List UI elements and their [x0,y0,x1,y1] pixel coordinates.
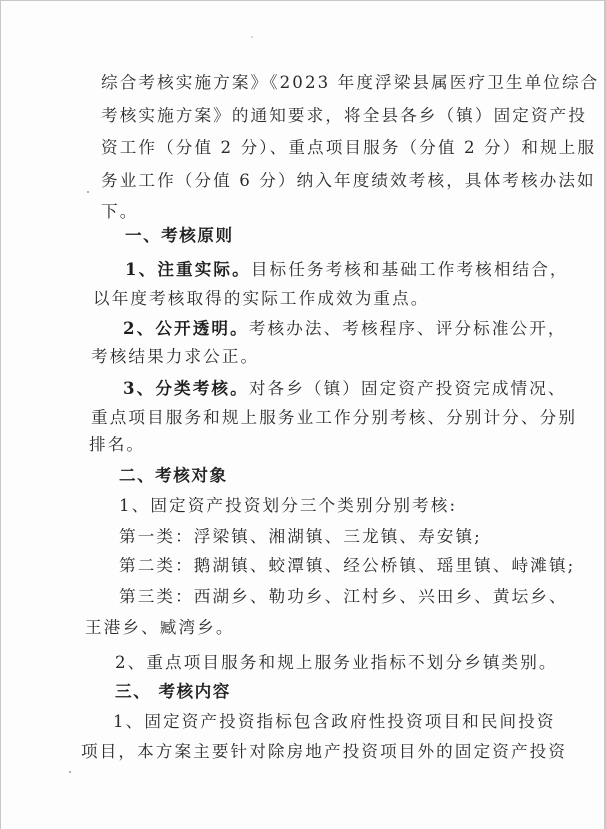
intro-line-3: 资工作（分值 2 分）、重点项目服务（分值 2 分）和规上服 [101,138,596,158]
content-item-1: 1、固定资产投资指标包含政府性投资项目和民间投资 [113,712,556,732]
intro-line-1: 综合考核实施方案》《2023 年度浮梁县属医疗卫生单位综合 [101,73,599,93]
targets-class-2: 第二类：鹅湖镇、蛟潭镇、经公桥镇、瑶里镇、峙滩镇; [119,556,575,576]
targets-class-3: 第三类：西湖乡、勒功乡、江村乡、兴田乡、黄坛乡、 [119,587,568,607]
principle-2-continuation: 考核结果力求公正。 [91,347,259,367]
principle-2-lead: 2、公开透明。 [123,318,249,338]
principle-2-text: 考核办法、考核程序、评分标准公开， [249,319,567,338]
principle-1-continuation: 以年度考核取得的实际工作成效为重点。 [93,289,430,309]
principle-1-text: 目标任务考核和基础工作考核相结合， [251,260,569,279]
principle-item-3: 3、分类考核。对各乡（镇）固定资产投资完成情况、 [123,378,567,399]
scan-speck [87,191,89,193]
scan-speck [69,771,71,773]
intro-line-4: 务业工作（分值 6 分）纳入年度绩效考核，具体考核办法如 [101,171,596,191]
principle-1-lead: 1、注重实际。 [125,259,251,279]
intro-line-2: 考核实施方案》的通知要求，将全县各乡（镇）固定资产投 [101,106,587,126]
targets-item-1: 1、固定资产投资划分三个类别分别考核: [119,496,457,516]
principle-item-1: 1、注重实际。目标任务考核和基础工作考核相结合， [125,259,569,280]
scan-speck [251,36,253,38]
intro-line-5: 下。 [101,202,138,222]
content-item-1-continuation: 项目，本方案主要针对除房地产投资项目外的固定资产投资 [81,742,567,762]
principle-3-continuation: 重点项目服务和规上服务业工作分别考核、分别计分、分别 [91,408,577,428]
section-heading-principles: 一、考核原则 [125,225,234,245]
section-heading-targets: 二、考核对象 [119,465,228,485]
section-heading-content: 三、 考核内容 [115,681,231,701]
principle-3-continuation-2: 排名。 [89,435,145,455]
document-page: 综合考核实施方案》《2023 年度浮梁县属医疗卫生单位综合 考核实施方案》的通知… [1,1,604,829]
principle-3-text: 对各乡（镇）固定资产投资完成情况、 [249,379,567,398]
principle-item-2: 2、公开透明。考核办法、考核程序、评分标准公开， [123,318,567,339]
targets-class-3-continuation: 王港乡、臧湾乡。 [85,618,235,638]
principle-3-lead: 3、分类考核。 [123,378,249,398]
targets-class-1: 第一类：浮梁镇、湘湖镇、三龙镇、寿安镇; [119,527,482,547]
targets-item-2: 2、重点项目服务和规上服务业指标不划分乡镇类别。 [115,653,558,673]
